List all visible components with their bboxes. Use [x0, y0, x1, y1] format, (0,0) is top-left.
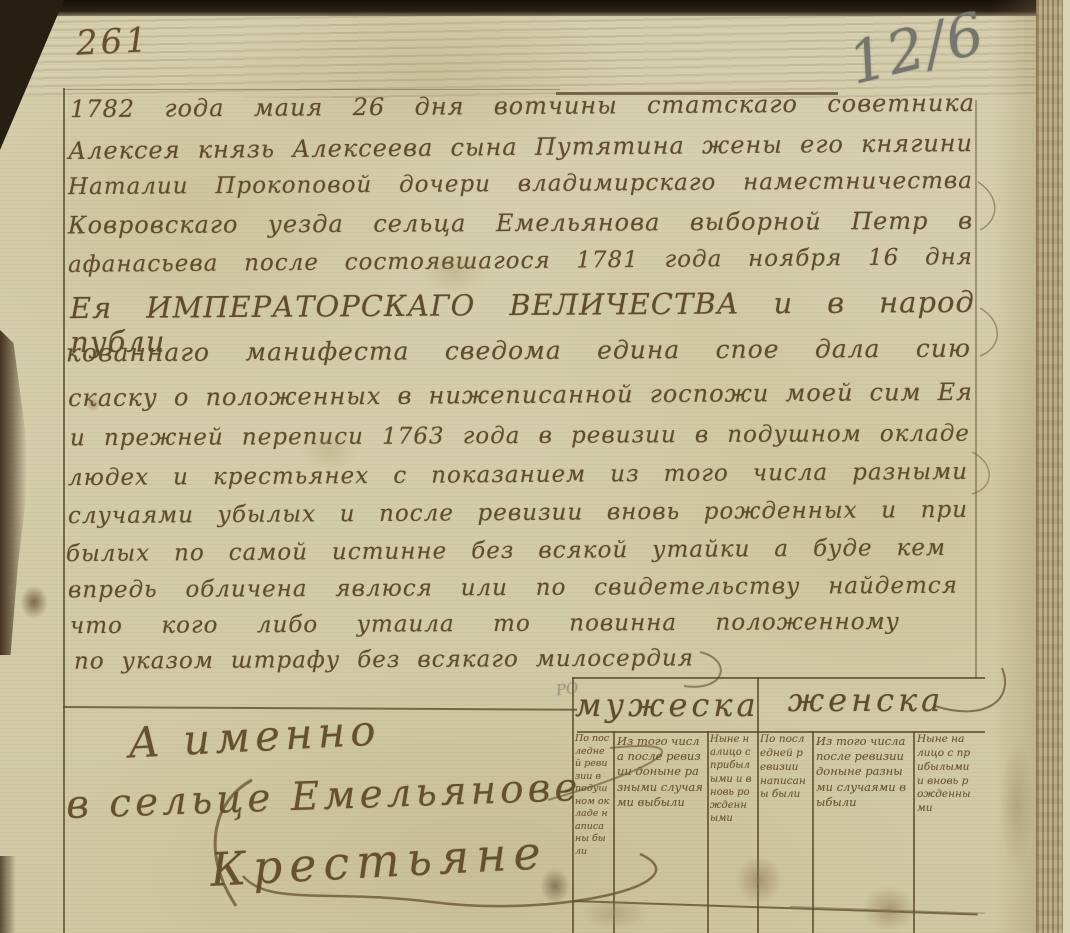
manuscript-line: по указом штрафу без всякаго милосердия [74, 645, 694, 674]
manuscript-line: что кого либо утаила то повинна положенн… [70, 609, 900, 639]
table-top-border [572, 677, 985, 679]
section-heading: А именно [127, 705, 382, 767]
table-left-border [572, 677, 574, 933]
village-name-line: в сельце Емельянове [65, 765, 582, 828]
table-subheader-bottom-border [572, 900, 978, 915]
manuscript-line: 1782 года маия 26 дня вотчины статскаго … [70, 89, 975, 123]
manuscript-line: случаями убылых и после ревизии вновь ро… [68, 497, 968, 529]
table-header-male: мужеска [575, 686, 755, 724]
underlying-page-sliver [1063, 0, 1070, 933]
subheader-male-listed: По последней ревизии в подушном окладе н… [575, 733, 610, 858]
social-group-line: Крестьяне [209, 825, 549, 897]
text-block-overline [63, 89, 560, 90]
subheader-female-listed: По последней ревизии написаны были [760, 733, 808, 802]
page-right-deckle-edge [1036, 0, 1064, 933]
manuscript-line: Алексея князь Алексеева сына Путятина же… [68, 129, 973, 165]
manuscript-line: скаску о положенных в нижеписанной госпо… [68, 378, 973, 412]
manuscript-line: людех и крестьянех с показанием из того … [68, 459, 968, 491]
page-bottom-left-edge [0, 856, 16, 933]
manuscript-line: и прежней переписи 1763 года в ревизии в… [70, 421, 970, 452]
table-stain-1 [735, 855, 783, 905]
manuscript-line: впредь обличена явлюся или по свидетельс… [68, 573, 958, 604]
page-top-left-corner-shadow [0, 0, 64, 150]
right-margin-rule [975, 100, 977, 678]
manuscript-line: былых по самой истинне без всякой утайки… [66, 535, 946, 567]
manuscript-line: Ковровскаго уезда сельца Емельянова выбо… [68, 207, 973, 240]
ink-blot [20, 585, 48, 619]
column-divider-f2-f3 [913, 731, 915, 933]
page-left-edge-shadow [0, 330, 30, 655]
subheader-male-present: Ныне налицо с прибылыми и вновь рожденны… [710, 733, 753, 825]
subheader-female-present: Ныне налицо с прибылыми и вновь рожденны… [917, 733, 971, 816]
manuscript-page: 261 12/6 РО 1782 года маия 26 дня вотчин… [0, 0, 1070, 933]
column-divider-m2-m3 [707, 731, 709, 933]
page-top-edge [0, 0, 1070, 16]
page-right-shading [992, 0, 1038, 933]
column-divider-m1-m2 [613, 731, 615, 933]
column-divider-f1-f2 [812, 731, 814, 933]
left-margin-rule [63, 88, 65, 933]
table-header-female: женска [760, 681, 972, 719]
manuscript-line: афанасьева после состоявшагося 1781 года… [68, 244, 973, 278]
manuscript-line: кованнаго манифеста сведома едина спое д… [66, 334, 971, 368]
manuscript-line: Наталии Прокоповой дочери владимирскаго … [68, 168, 973, 200]
subheader-female-departed: Из того числа после ревизии доныне разны… [816, 734, 909, 810]
folio-number: 261 [75, 20, 151, 64]
subheader-male-departed: Из того числа после ревизии доныне разны… [617, 734, 703, 810]
